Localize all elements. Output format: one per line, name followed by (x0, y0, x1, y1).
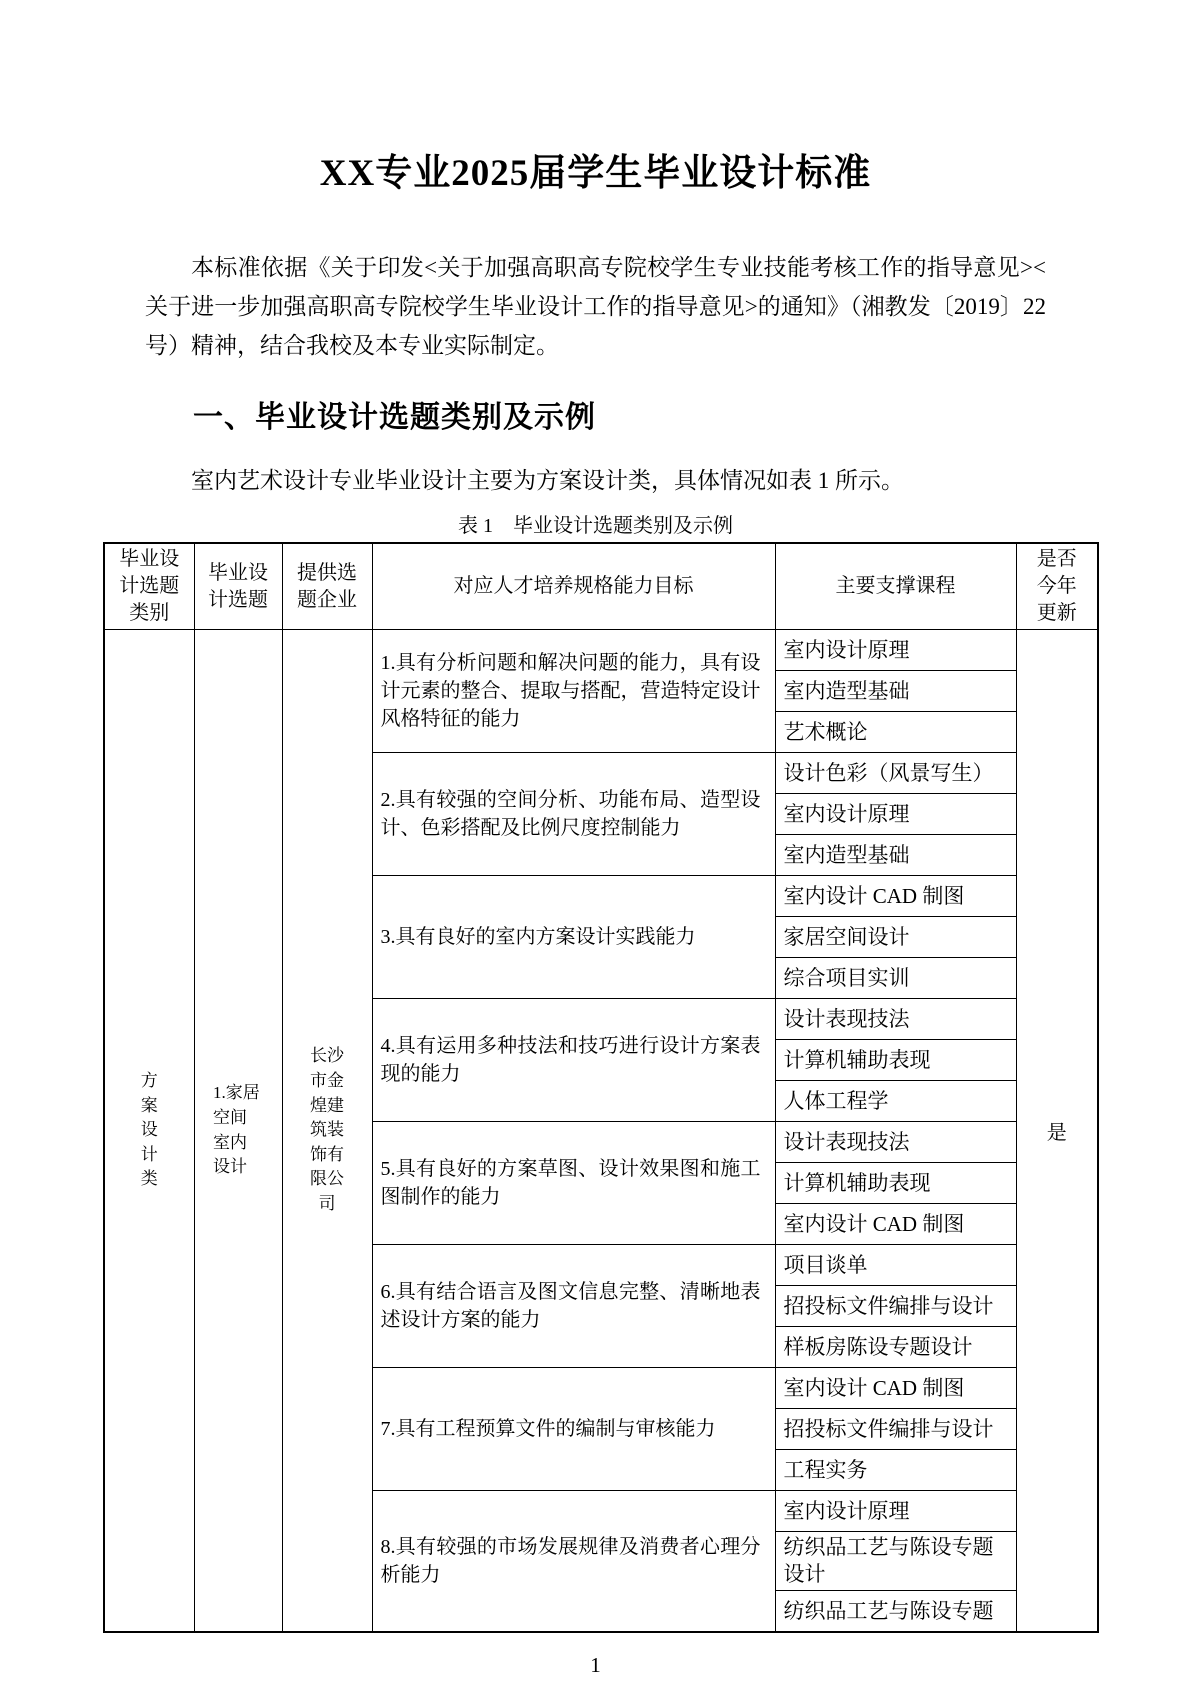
company-cell: 长沙市金煌建筑装饰有限公司 (282, 630, 372, 1633)
course-cell: 计算机辅助表现 (775, 1163, 1016, 1204)
course-cell: 室内造型基础 (775, 835, 1016, 876)
ability-cell: 2.具有较强的空间分析、功能布局、造型设计、色彩搭配及比例尺度控制能力 (372, 753, 775, 876)
course-cell: 计算机辅助表现 (775, 1040, 1016, 1081)
topics-table: 毕业设计选题类别 毕业设计选题 提供选题企业 对应人才培养规格能力目标 主要支撑… (103, 542, 1099, 1633)
course-cell: 室内设计 CAD 制图 (775, 1204, 1016, 1245)
section-heading: 一、毕业设计选题类别及示例 (193, 397, 1046, 439)
course-cell: 人体工程学 (775, 1081, 1016, 1122)
header-cell-courses: 主要支撑课程 (775, 543, 1016, 630)
ability-cell: 5.具有良好的方案草图、设计效果图和施工图制作的能力 (372, 1122, 775, 1245)
category-text: 方案设计类 (140, 1069, 158, 1192)
topic-cell: 1.家居空间室内设计 (194, 630, 282, 1633)
header-cell-company: 提供选题企业 (282, 543, 372, 630)
course-cell: 设计表现技法 (775, 1122, 1016, 1163)
header-cell-category: 毕业设计选题类别 (104, 543, 194, 630)
document-title: XX专业2025届学生毕业设计标准 (0, 0, 1191, 200)
course-cell: 家居空间设计 (775, 917, 1016, 958)
header-cell-topic: 毕业设计选题 (194, 543, 282, 630)
course-cell: 纺织品工艺与陈设专题 (775, 1591, 1016, 1633)
ability-cell: 6.具有结合语言及图文信息完整、清晰地表述设计方案的能力 (372, 1245, 775, 1368)
ability-cell: 7.具有工程预算文件的编制与审核能力 (372, 1368, 775, 1491)
course-cell: 样板房陈设专题设计 (775, 1327, 1016, 1368)
topic-text: 1.家居空间室内设计 (213, 1081, 263, 1180)
table-header-row: 毕业设计选题类别 毕业设计选题 提供选题企业 对应人才培养规格能力目标 主要支撑… (104, 543, 1098, 630)
course-cell: 设计表现技法 (775, 999, 1016, 1040)
page-number: 1 (0, 1653, 1191, 1678)
course-cell: 室内设计 CAD 制图 (775, 1368, 1016, 1409)
course-cell: 室内设计原理 (775, 1491, 1016, 1532)
header-cell-updated: 是否今年更新 (1016, 543, 1098, 630)
course-cell: 项目谈单 (775, 1245, 1016, 1286)
header-cell-ability: 对应人才培养规格能力目标 (372, 543, 775, 630)
course-cell: 室内设计原理 (775, 794, 1016, 835)
ability-cell: 8.具有较强的市场发展规律及消费者心理分析能力 (372, 1491, 775, 1633)
course-cell: 室内设计 CAD 制图 (775, 876, 1016, 917)
document-body: 本标准依据《关于印发<关于加强高职高专院校学生专业技能考核工作的指导意见><关于… (145, 248, 1046, 500)
category-cell: 方案设计类 (104, 630, 194, 1633)
ability-cell: 3.具有良好的室内方案设计实践能力 (372, 876, 775, 999)
course-cell: 室内造型基础 (775, 671, 1016, 712)
course-cell: 设计色彩（风景写生） (775, 753, 1016, 794)
course-cell: 综合项目实训 (775, 958, 1016, 999)
course-cell: 工程实务 (775, 1450, 1016, 1491)
course-cell: 招投标文件编排与设计 (775, 1409, 1016, 1450)
ability-cell: 1.具有分析问题和解决问题的能力，具有设计元素的整合、提取与搭配，营造特定设计风… (372, 630, 775, 753)
course-cell: 室内设计原理 (775, 630, 1016, 671)
intro-paragraph: 本标准依据《关于印发<关于加强高职高专院校学生专业技能考核工作的指导意见><关于… (145, 248, 1046, 365)
course-cell: 招投标文件编排与设计 (775, 1286, 1016, 1327)
course-cell: 艺术概论 (775, 712, 1016, 753)
section-lead: 室内艺术设计专业毕业设计主要为方案设计类，具体情况如表 1 所示。 (145, 461, 1046, 500)
course-cell: 纺织品工艺与陈设专题设计 (775, 1532, 1016, 1591)
company-text: 长沙市金煌建筑装饰有限公司 (310, 1044, 345, 1216)
updated-cell: 是 (1016, 630, 1098, 1633)
ability-cell: 4.具有运用多种技法和技巧进行设计方案表现的能力 (372, 999, 775, 1122)
document-page: XX专业2025届学生毕业设计标准 本标准依据《关于印发<关于加强高职高专院校学… (0, 0, 1191, 1684)
table-caption: 表 1 毕业设计选题类别及示例 (0, 512, 1191, 540)
table-row: 方案设计类 1.家居空间室内设计 长沙市金煌建筑装饰有限公司 1.具有分析问题和… (104, 630, 1098, 671)
